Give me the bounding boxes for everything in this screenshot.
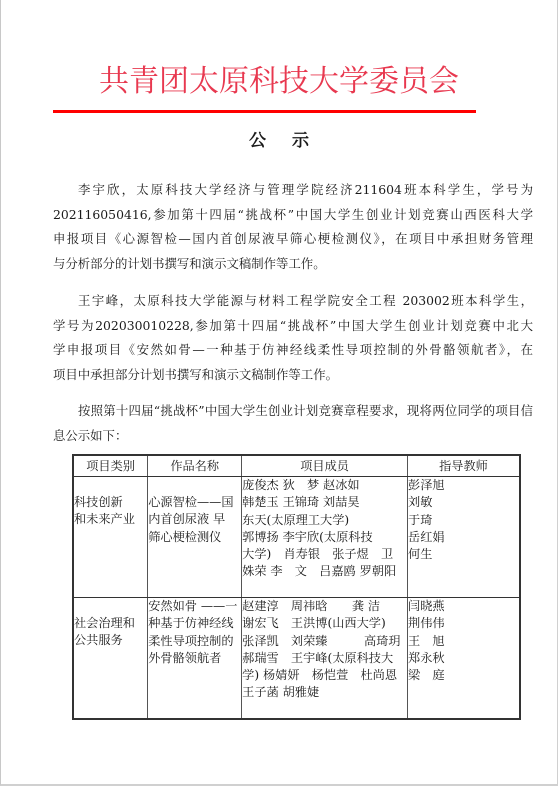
project-info-table: 项目类别 作品名称 项目成员 指导教师 科技创新 和未来产业 心源智检——国 内…	[72, 454, 521, 720]
cell-text: 于琦	[408, 512, 519, 529]
cell-text: 姝荣 李 文 吕嘉鸥 罗朝阳	[242, 563, 407, 580]
cell-text: 外骨骼领航者	[148, 650, 241, 667]
cell-text: 何生	[408, 546, 519, 563]
cell-members: 赵建淳 周祎晗 龚 洁 谢宏飞 王洪博(山西大学) 张泽凯 刘荣臻 高琦玥 郝瑞…	[242, 598, 408, 720]
cell-text: 柔性导项控制的	[148, 633, 241, 650]
cell-text: 岳红娟	[408, 529, 519, 546]
cell-text: 社会治理和	[74, 615, 147, 632]
cell-category: 科技创新 和未来产业	[73, 477, 148, 598]
red-divider-rule	[53, 110, 476, 113]
paragraph-announcement: 按照第十四届“挑战杯”中国大学生创业计划竞赛章程要求，现将两位同学的项目信 息公…	[53, 399, 533, 448]
cell-text: 心源智检——国	[148, 494, 241, 511]
cell-text: 郝瑞雪 王宇峰(太原科技大	[242, 650, 407, 667]
text-line: 与分析部分的计划书撰写和演示文稿制作等工作。	[53, 252, 533, 277]
cell-text: 谢宏飞 王洪博(山西大学)	[242, 615, 407, 632]
cell-text: 科技创新	[74, 494, 147, 511]
text-line: 息公示如下：	[53, 424, 533, 449]
cell-text: 东天(太原理工大学)	[242, 512, 407, 529]
cell-text: 郑永秋	[408, 650, 519, 667]
cell-text: 刘敏	[408, 494, 519, 511]
cell-text: 张泽凯 刘荣臻 高琦玥	[242, 633, 407, 650]
cell-text: 闫晓燕	[408, 598, 519, 615]
text-line: 202116050416,参加第十四届“挑战杯”中国大学生创业计划竞赛山西医科大…	[53, 203, 533, 228]
cell-text: 公共服务	[74, 632, 147, 649]
cell-text: 郭博扬 李宇欣(太原科技	[242, 529, 407, 546]
cell-text: 筛心梗检测仪	[148, 529, 241, 546]
cell-text: 和未来产业	[74, 511, 147, 528]
cell-category: 社会治理和 公共服务	[73, 598, 148, 720]
text-line: 学申报项目《安然如骨—一种基于仿神经线柔性导项控制的外骨骼领航者》，在	[53, 338, 533, 363]
cell-text: 荆伟伟	[408, 615, 519, 632]
text-line: 李宇欣，太原科技大学经济与管理学院经济211604班本科学生，学号为	[53, 178, 533, 203]
header-category: 项目类别	[73, 455, 148, 477]
paragraph-wang-yufeng: 王宇峰，太原科技大学能源与材料工程学院安全工程 203002班本科学生， 学号为…	[53, 289, 533, 387]
table-row: 科技创新 和未来产业 心源智检——国 内首创尿液 早 筛心梗检测仪 庞俊杰 狄 …	[73, 477, 520, 598]
cell-text: 王子菡 胡雅婕	[242, 684, 407, 701]
cell-text: 内首创尿液 早	[148, 511, 241, 528]
text-line: 王宇峰，太原科技大学能源与材料工程学院安全工程 203002班本科学生，	[53, 289, 533, 314]
cell-text: 学) 杨婧妍 杨恺萱 杜尚恩	[242, 667, 407, 684]
header-members: 项目成员	[242, 455, 408, 477]
cell-advisors: 彭泽旭 刘敏 于琦 岳红娟 何生	[408, 477, 520, 598]
cell-members: 庞俊杰 狄 梦 赵冰如 韩楚玉 王锦琦 刘喆昊 东天(太原理工大学) 郭博扬 李…	[242, 477, 408, 598]
header-project-name: 作品名称	[148, 455, 242, 477]
notice-title: 公示	[0, 128, 558, 154]
text-line: 项目中承担部分计划书撰写和演示文稿制作等工作。	[53, 363, 533, 388]
cell-project-name: 安然如骨 ——一 种基于仿神经线 柔性导项控制的 外骨骼领航者	[148, 598, 242, 720]
text-line: 申报项目《心源智检—国内首创尿液早筛心梗检测仪》，在项目中承担财务管理	[53, 227, 533, 252]
cell-text: 彭泽旭	[408, 477, 519, 494]
cell-advisors: 闫晓燕 荆伟伟 王 旭 郑永秋 梁 庭	[408, 598, 520, 720]
table-header-row: 项目类别 作品名称 项目成员 指导教师	[73, 455, 520, 477]
cell-text: 安然如骨 ——一	[148, 598, 241, 615]
cell-project-name: 心源智检——国 内首创尿液 早 筛心梗检测仪	[148, 477, 242, 598]
text-line: 按照第十四届“挑战杯”中国大学生创业计划竞赛章程要求，现将两位同学的项目信	[53, 399, 533, 424]
header-advisors: 指导教师	[408, 455, 520, 477]
cell-text: 庞俊杰 狄 梦 赵冰如	[242, 477, 407, 494]
table-row: 社会治理和 公共服务 安然如骨 ——一 种基于仿神经线 柔性导项控制的 外骨骼领…	[73, 598, 520, 720]
cell-text: 赵建淳 周祎晗 龚 洁	[242, 598, 407, 615]
cell-text: 大学) 肖寿银 张子煜 卫	[242, 546, 407, 563]
cell-text: 种基于仿神经线	[148, 615, 241, 632]
paragraph-li-yuxin: 李宇欣，太原科技大学经济与管理学院经济211604班本科学生，学号为 20211…	[53, 178, 533, 276]
cell-text: 王 旭	[408, 633, 519, 650]
cell-text: 梁 庭	[408, 667, 519, 684]
cell-text: 韩楚玉 王锦琦 刘喆昊	[242, 494, 407, 511]
organization-title: 共青团太原科技大学委员会	[0, 62, 558, 102]
text-line: 学号为202030010228,参加第十四届“挑战杯”中国大学生创业计划竞赛中北…	[53, 314, 533, 339]
